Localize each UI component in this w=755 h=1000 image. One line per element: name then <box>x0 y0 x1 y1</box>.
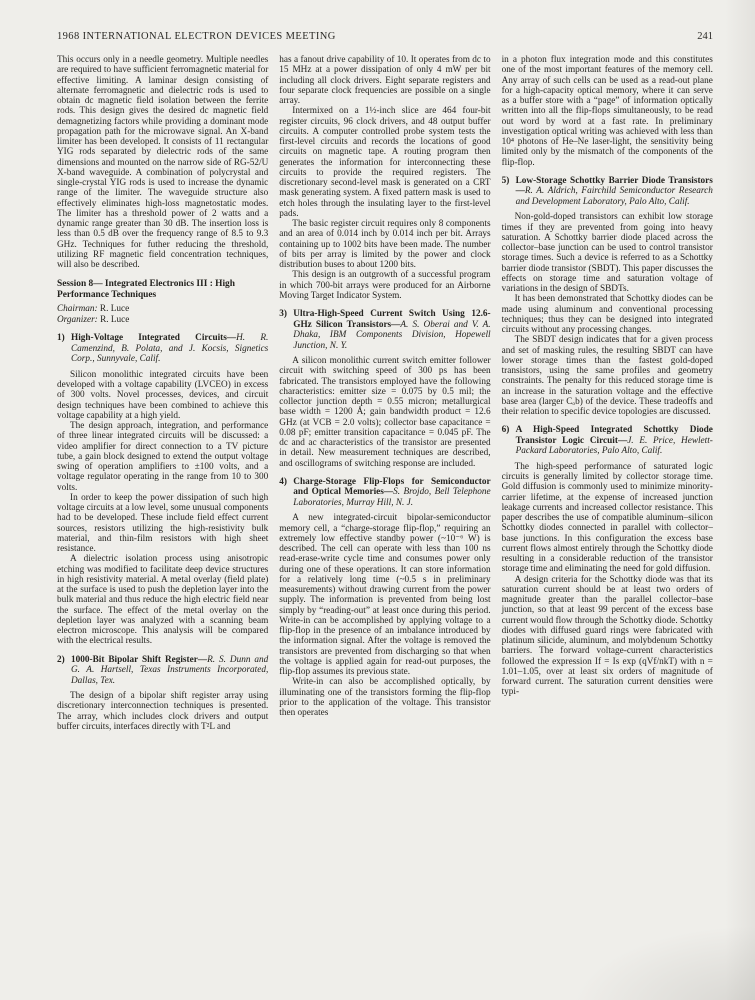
paragraph: It has been demonstrated that Schottky d… <box>502 294 713 335</box>
session-role: Chairman: R. Luce <box>57 304 268 314</box>
session-role: Organizer: R. Luce <box>57 315 268 325</box>
item-title: High-Voltage Integrated Circuits— <box>71 333 236 343</box>
session-heading: Session 8— Integrated Electronics III : … <box>57 279 268 300</box>
paragraph: The design approach, integration, and pe… <box>57 421 268 493</box>
role-label: Chairman: <box>57 304 98 314</box>
paragraph: in a photon flux integration mode and th… <box>502 55 713 168</box>
item-title: 1000-Bit Bipolar Shift Register— <box>71 655 207 665</box>
paragraph: Write-in can also be accomplished optica… <box>279 677 490 718</box>
paragraph: Intermixed on a 1½-inch slice are 464 fo… <box>279 106 490 219</box>
scanned-proceedings-page: { "header": { "conference": "1968 INTERN… <box>0 0 755 1000</box>
paragraph: A silicon monolithic current switch emit… <box>279 356 490 469</box>
paragraph: This design is an outgrowth of a success… <box>279 270 490 301</box>
page-header: 1968 INTERNATIONAL ELECTRON DEVICES MEET… <box>57 31 713 42</box>
paragraph: has a fanout drive capability of 10. It … <box>279 55 490 106</box>
item-number: 4) <box>279 477 293 488</box>
item-number: 3) <box>279 309 293 320</box>
paragraph: Non-gold-doped transistors can exhibit l… <box>502 212 713 294</box>
paragraph: In order to keep the power dissipation o… <box>57 493 268 555</box>
page-number: 241 <box>697 31 713 42</box>
abstract-item-heading: 4)Charge-Storage Flip-Flops for Semicond… <box>279 477 490 509</box>
item-number: 2) <box>57 655 71 666</box>
role-label: Organizer: <box>57 315 98 325</box>
text-column-2: has a fanout drive capability of 10. It … <box>279 55 490 732</box>
conference-title: 1968 INTERNATIONAL ELECTRON DEVICES MEET… <box>57 31 336 42</box>
paragraph: The high-speed performance of saturated … <box>502 462 713 575</box>
paragraph: This occurs only in a needle geometry. M… <box>57 55 268 270</box>
abstract-item-heading: 1)High-Voltage Integrated Circuits—H. R.… <box>57 333 268 365</box>
paragraph: A design criteria for the Schottky diode… <box>502 575 713 698</box>
abstract-item-heading: 3)Ultra-High-Speed Current Switch Using … <box>279 309 490 351</box>
abstract-item-heading: 2)1000-Bit Bipolar Shift Register—R. S. … <box>57 655 268 687</box>
item-number: 5) <box>502 176 516 187</box>
text-column-3: in a photon flux integration mode and th… <box>502 55 713 732</box>
paragraph: A new integrated-circuit bipolar-semicon… <box>279 513 490 677</box>
paragraph: The design of a bipolar shift register a… <box>57 691 268 732</box>
paragraph: The basic register circuit requires only… <box>279 219 490 270</box>
page-body: This occurs only in a needle geometry. M… <box>57 55 713 732</box>
item-number: 1) <box>57 333 71 344</box>
abstract-item-heading: 6)A High-Speed Integrated Schottky Diode… <box>502 425 713 457</box>
text-column-1: This occurs only in a needle geometry. M… <box>57 55 268 732</box>
item-authors: R. A. Aldrich, Fairchild Semiconductor R… <box>516 186 713 207</box>
abstract-item-heading: 5)Low-Storage Schottky Barrier Diode Tra… <box>502 176 713 208</box>
paragraph: Silicon monolithic integrated circuits h… <box>57 370 268 421</box>
paragraph: The SBDT design indicates that for a giv… <box>502 335 713 417</box>
item-number: 6) <box>502 425 516 436</box>
page-sheet: 1968 INTERNATIONAL ELECTRON DEVICES MEET… <box>0 0 755 1000</box>
paragraph: A dielectric isolation process using ani… <box>57 554 268 646</box>
